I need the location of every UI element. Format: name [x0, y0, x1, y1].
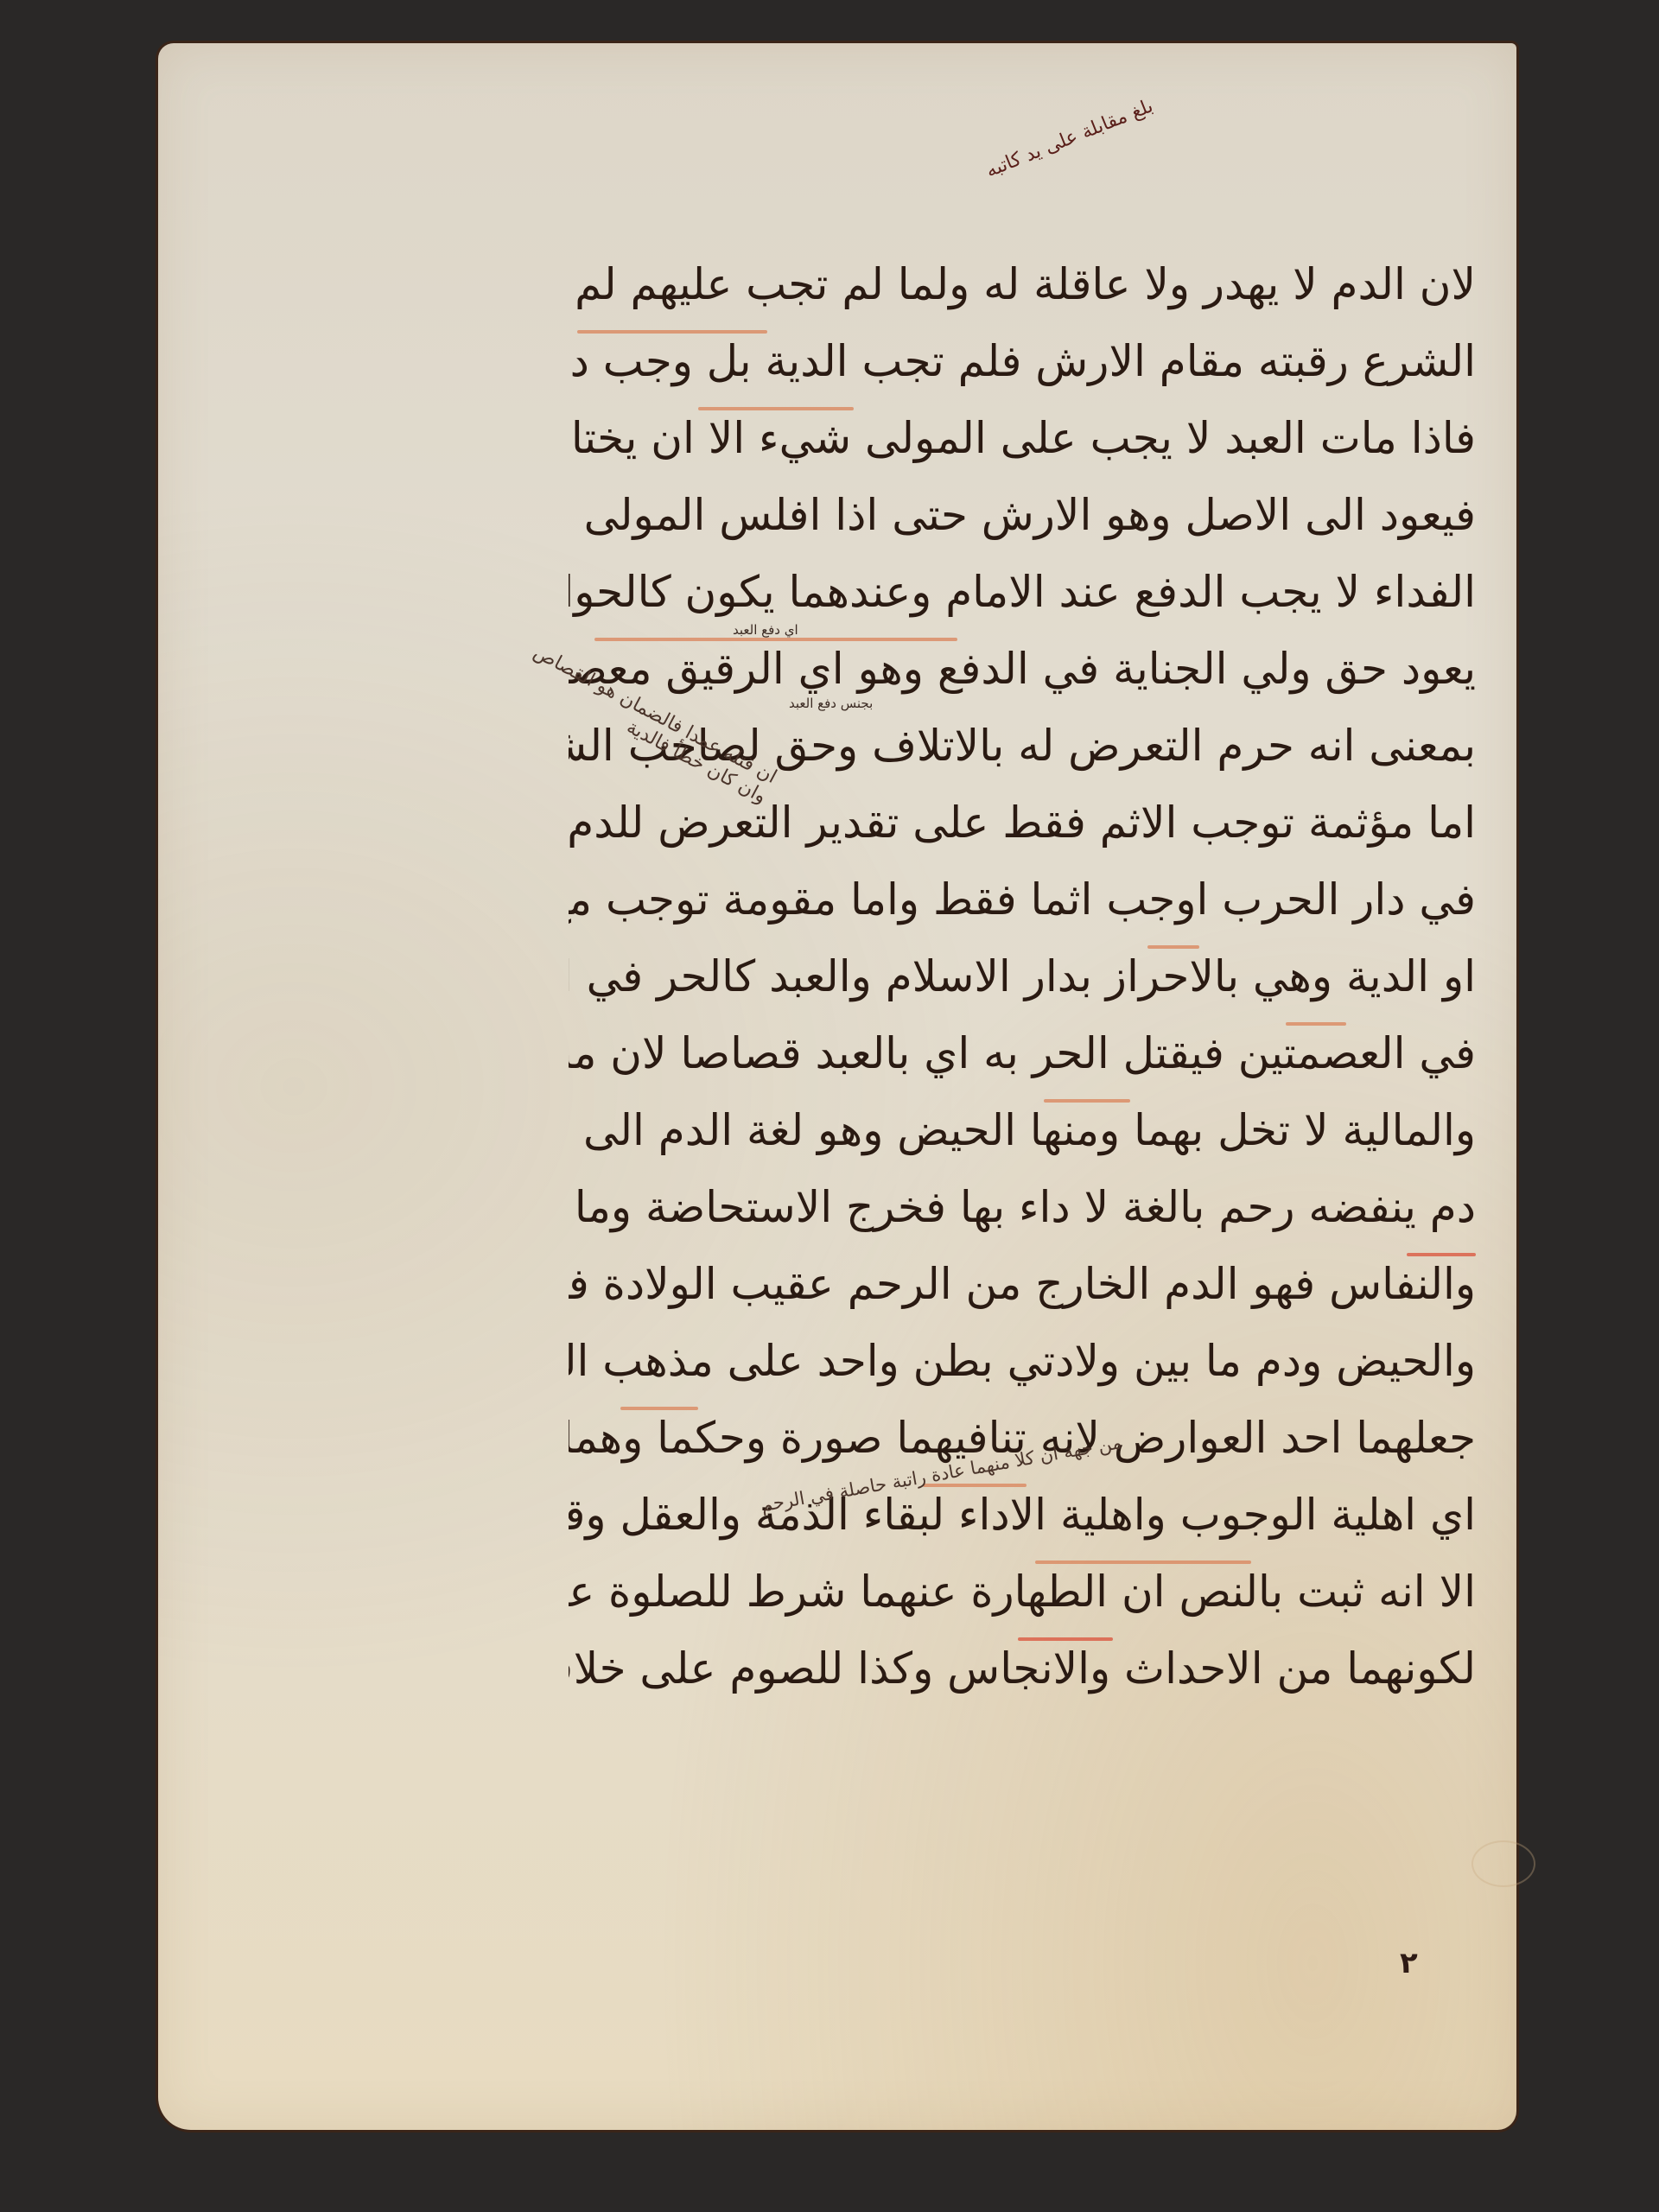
text-line-10: او الدية وهي بالاحراز بدار الاسلام والعب…	[569, 938, 1476, 1015]
main-text-block: لان الدم لا يهدر ولا عاقلة له ولما لم تج…	[569, 246, 1476, 1707]
interlinear-gloss: بجنس دفع العبد	[789, 696, 873, 711]
text-line-13: دم ينفضه رحم بالغة لا داء بها فخرج الاست…	[569, 1169, 1476, 1246]
text-line-12: والمالية لا تخل بهما ومنها الحيض وهو لغة…	[569, 1092, 1476, 1169]
text-line-4: فيعود الى الاصل وهو الارش حتى اذا افلس ا…	[569, 477, 1476, 554]
text-line-15: والحيض ودم ما بين ولادتي بطن واحد على مذ…	[569, 1323, 1476, 1400]
text-line-8: اما مؤثمة توجب الاثم فقط على تقدير التعر…	[569, 785, 1476, 861]
text-line-14: والنفاس فهو الدم الخارج من الرحم عقيب ال…	[569, 1246, 1476, 1323]
rubric-overline	[1286, 1022, 1346, 1026]
rubric-overline	[594, 638, 957, 641]
top-collation-note: بلغ مقابلة على يد كاتبه	[924, 96, 1180, 267]
text-line-18: الا انه ثبت بالنص ان الطهارة عنهما شرط ل…	[569, 1554, 1476, 1630]
text-line-2: الشرع رقبته مقام الارش فلم تجب الدية بل …	[569, 323, 1476, 400]
rubric-overline	[620, 1407, 698, 1410]
text-line-19: لكونهما من الاحداث والانجاس وكذا للصوم ع…	[569, 1630, 1476, 1707]
text-line-1: لان الدم لا يهدر ولا عاقلة له ولما لم تج…	[569, 246, 1476, 323]
rubric-overline	[1018, 1637, 1113, 1641]
rubric-overline	[698, 407, 854, 410]
rubric-overline	[577, 330, 767, 334]
text-line-11: في العصمتين فيقتل الحر به اي بالعبد قصاص…	[569, 1015, 1476, 1092]
text-line-9: في دار الحرب اوجب اثما فقط واما مقومة تو…	[569, 861, 1476, 938]
interlinear-gloss: اي دفع العبد	[733, 622, 798, 638]
rubric-overline	[1407, 1253, 1476, 1256]
folio-number: ٢	[1400, 1946, 1418, 1980]
text-line-3: فاذا مات العبد لا يجب على المولى شيء الا…	[569, 400, 1476, 477]
rubric-overline	[1044, 1099, 1130, 1103]
text-line-6: يعود حق ولي الجناية في الدفع وهو اي الرق…	[569, 631, 1476, 708]
rubric-overline	[1035, 1560, 1251, 1564]
paper-stain	[1471, 1840, 1535, 1887]
text-line-5: الفداء لا يجب الدفع عند الامام وعندهما ي…	[569, 554, 1476, 631]
manuscript-page: بلغ مقابلة على يد كاتبه لان الدم لا يهدر…	[158, 43, 1516, 2130]
rubric-overline	[1147, 945, 1199, 949]
